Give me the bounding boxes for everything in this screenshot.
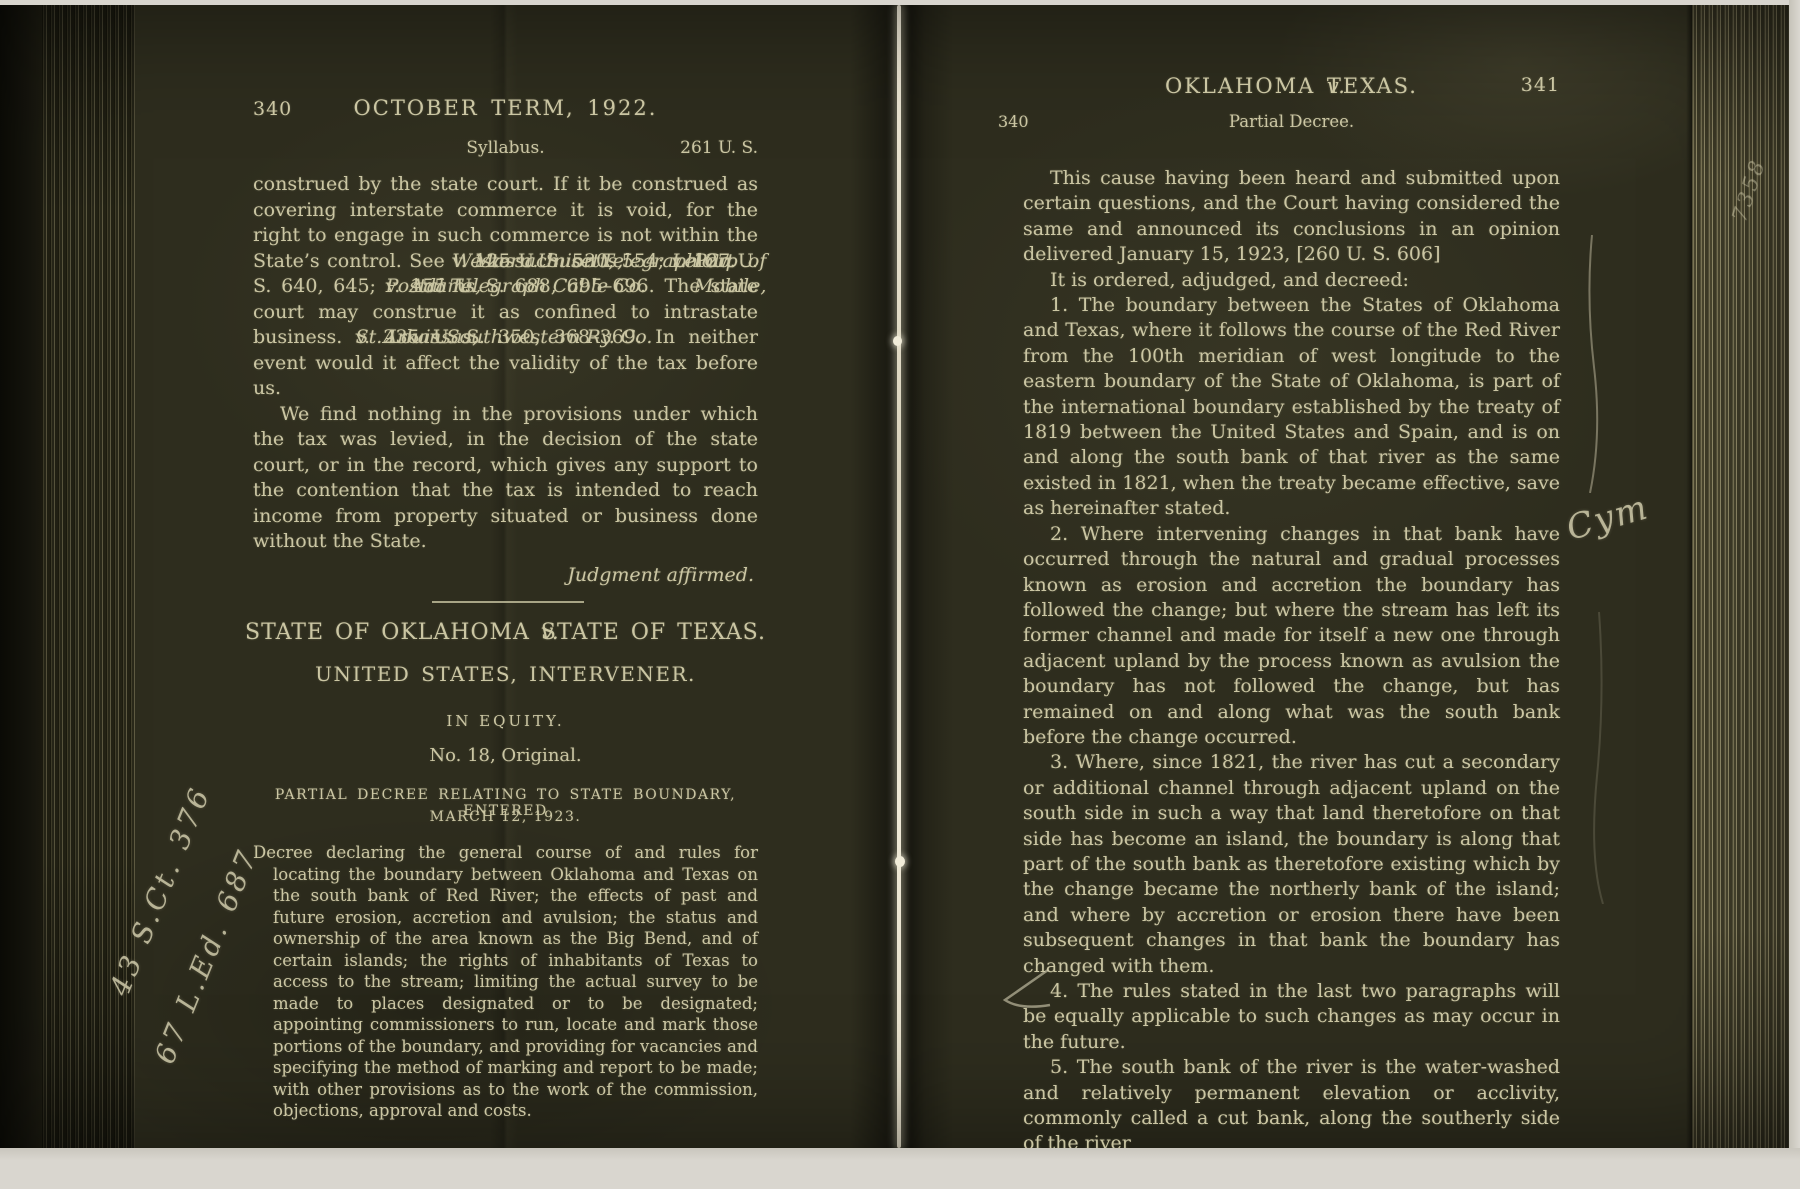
intervener-line: UNITED STATES, INTERVENER.	[253, 662, 758, 686]
pencil-margin-line	[1583, 235, 1605, 493]
section-divider-rule	[432, 601, 584, 603]
decree-paragraph: It is ordered, adjudged, and decreed:	[1023, 268, 1560, 293]
syllabus-text-block: construed by the state court. If it be c…	[253, 172, 758, 555]
right-page-number: 341	[1023, 74, 1560, 96]
photostat-scan: 340 OCTOBER TERM, 1922. Syllabus. 261 U.…	[0, 0, 1800, 1189]
backing-border	[0, 1148, 1800, 1189]
docket-number-line: No. 18, Original.	[253, 745, 758, 766]
gutter-shadow	[850, 0, 954, 1189]
decree-paragraph: 4. The rules stated in the last two para…	[1023, 979, 1560, 1055]
syllabus-paragraph: construed by the state court. If it be c…	[253, 172, 758, 402]
decree-paragraph: 3. Where, since 1821, the river has cut …	[1023, 750, 1560, 979]
gutter-fold-highlight	[897, 5, 901, 1148]
backing-border	[0, 0, 1800, 5]
decree-paragraph: This cause having been heard and submitt…	[1023, 166, 1560, 268]
syllabus-paragraph: We find nothing in the provisions under …	[253, 402, 758, 555]
left-page-edges	[42, 0, 135, 1189]
decree-paragraph: 1. The boundary between the States of Ok…	[1023, 293, 1560, 522]
decree-heading-date: MARCH 12, 1923.	[253, 809, 758, 825]
right-section-label: Partial Decree.	[1023, 112, 1560, 131]
decree-text-block: This cause having been heard and submitt…	[1023, 166, 1560, 1157]
left-running-title: OCTOBER TERM, 1922.	[253, 96, 758, 120]
decree-paragraph: 5. The south bank of the river is the wa…	[1023, 1055, 1560, 1157]
gutter-glare-dot	[893, 336, 902, 346]
book-spine-edge	[0, 0, 42, 1189]
syllabus-summary: Decree declaring the general course of a…	[253, 842, 758, 1122]
reporter-citation: 261 U. S.	[253, 138, 758, 158]
gutter-glare-dot	[895, 856, 905, 867]
judgment-line: Judgment affirmed.	[253, 564, 758, 586]
decree-paragraph: 2. Where intervening changes in that ban…	[1023, 522, 1560, 751]
case-title: STATE OF OKLAHOMA v. STATE OF TEXAS.	[233, 620, 778, 645]
pencil-margin-line	[1592, 612, 1614, 904]
backing-border	[1789, 0, 1800, 1189]
equity-line: IN EQUITY.	[253, 712, 758, 730]
handwritten-note: Cym	[1562, 487, 1653, 548]
